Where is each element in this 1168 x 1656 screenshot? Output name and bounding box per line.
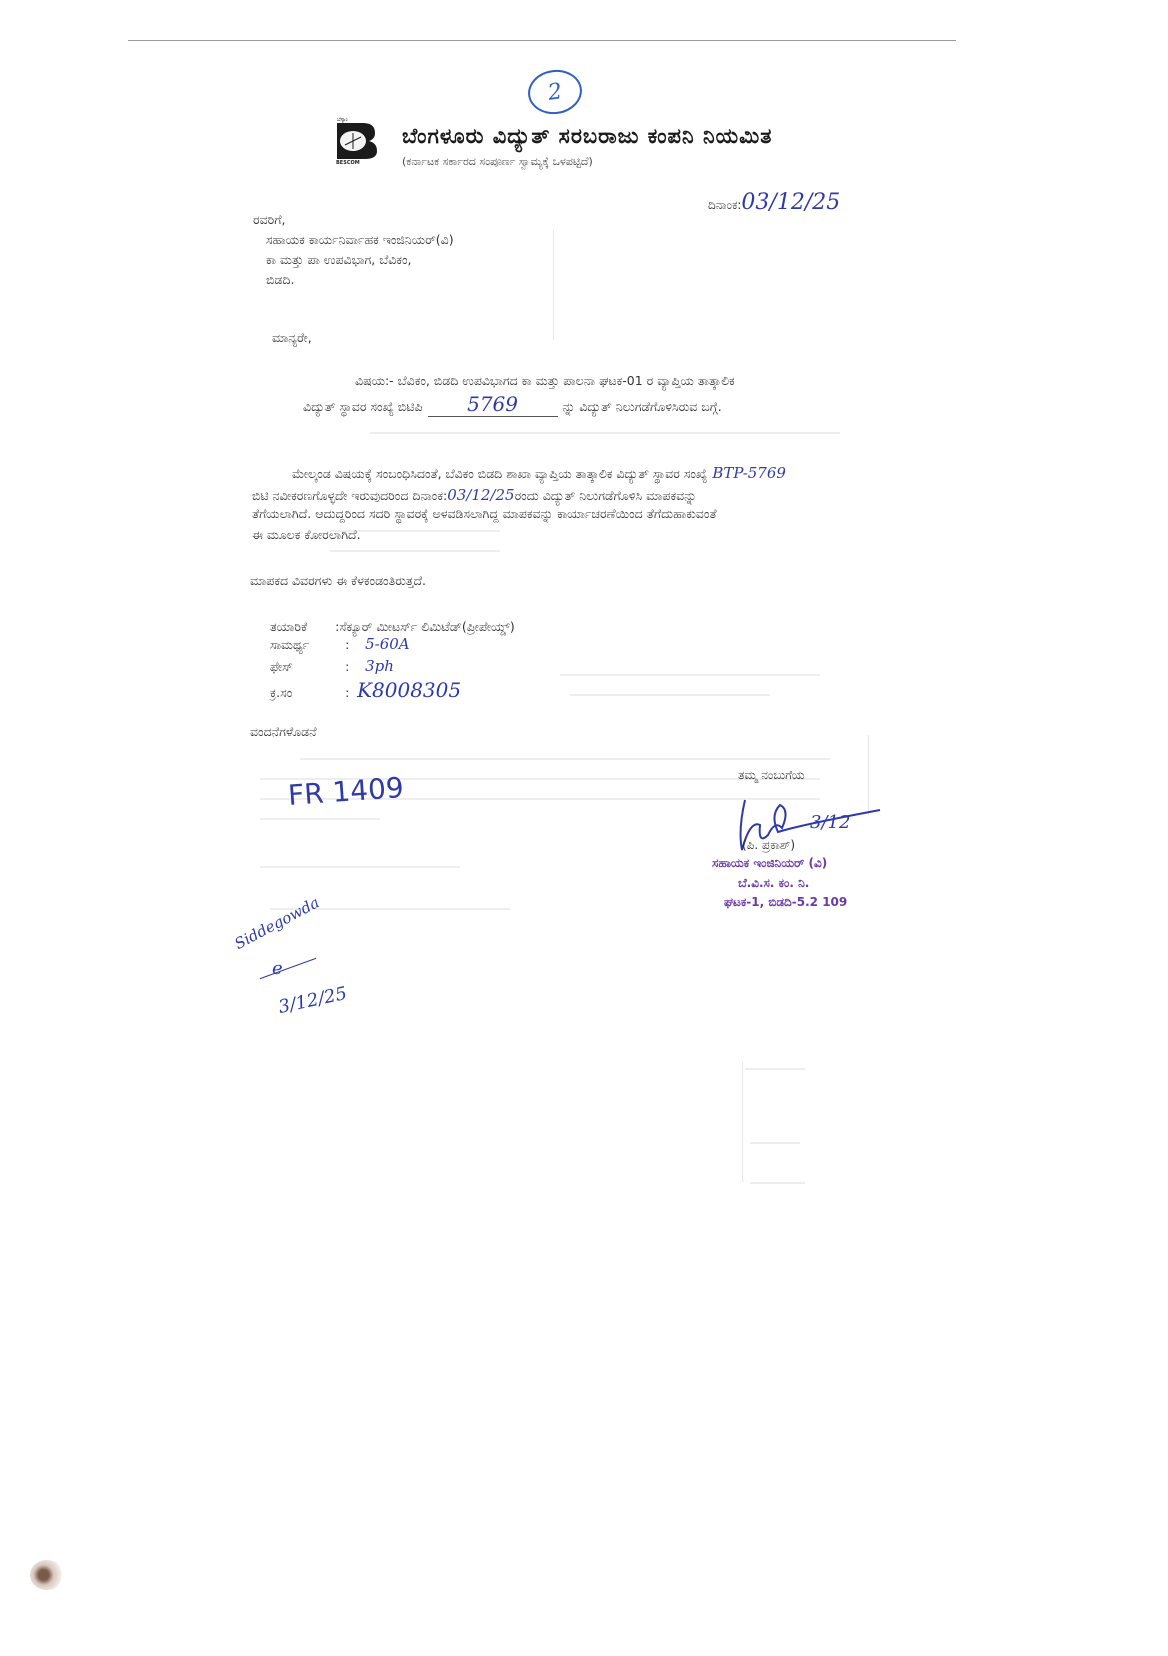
body-line-3: ತೆಗೆಯಲಾಗಿದೆ. ಆದುದ್ದರಿಂದ ಸದರಿ ಸ್ಥಾವರಕ್ಕೆ … [252,506,717,522]
body-line-4: ಈ ಮೂಲಕ ಕೋರಲಾಗಿದೆ. [252,527,361,543]
date-value-handwritten: 03/12/25 [741,190,840,215]
svg-text:ಬೆಸ್ಕಾಂ: ಬೆಸ್ಕಾಂ [337,117,348,123]
subject-line-2-suffix: ನ್ನು ವಿದ್ಯುತ್ ನಿಲುಗಡೆಗೊಳಿಸಿರುವ ಬಗ್ಗೆ. [563,399,722,414]
bleed-through-line [742,1062,743,1182]
recipient-line-3: ಬಿಡದಿ. [266,272,294,288]
meter-detail-row: ಕ್ರ.ಸಂ :K8008305 [270,678,461,702]
bleed-through-text [260,818,380,820]
scan-artifact-stain [30,1560,64,1590]
organization-subtitle: (ಕರ್ನಾಟಕ ಸರ್ಕಾರದ ಸಂಪೂರ್ಣ ಸ್ವಾಮ್ಯಕ್ಕೆ ಒಳಪ… [402,155,593,169]
subject-line-2: ವಿದ್ಯುತ್ ಸ್ಥಾವರ ಸಂಖ್ಯೆ ಬಿಟಿಪಿ 5769 ನ್ನು … [303,392,722,417]
meter-detail-label: ತಯಾರಿಕೆ [270,619,330,635]
installation-code-handwritten: BTP-5769 [712,464,786,482]
meter-detail-label: ಸಾಮರ್ಥ್ಯ [270,637,340,653]
meter-detail-row: ಫೇಸ್ :3ph [270,656,394,675]
date-line: ದಿನಾಂಕ:03/12/25 [708,190,840,215]
subject-line-1: ವಿಷಯ:- ಬೆವಿಕಂ, ಬಿಡದಿ ಉಪವಿಭಾಗದ ಕಾ ಮತ್ತು ಪ… [355,373,735,389]
body-line-2-suffix: ರಂದು ವಿದ್ಯುತ್ ನಿಲುಗಡೆಗೊಳಿಸಿ ಮಾಪಕವನ್ನು [515,488,697,503]
circled-page-number: 2 [525,66,585,117]
meter-detail-row: ತಯಾರಿಕೆ :ಸೆಕ್ಯೂರ್ ಮೀಟರ್ಸ್ ಲಿಮಿಟೆಡ್(ಪ್ರೀಪ… [270,616,515,635]
receiver-date-handwritten: 3/12/25 [277,983,349,1018]
body-line-1: ಮೇಲ್ಕಂಡ ವಿಷಯಕ್ಕೆ ಸಂಬಂಧಿಸಿದಂತೆ, ಬೆವಿಕಂ ಬಿ… [292,463,786,482]
bleed-through-text [750,1142,800,1144]
receiver-name-handwritten: Siddegowda [232,893,323,953]
body-line-2-prefix: ಬಿಟಿ ನವೀಕರಣಗೊಳ್ಳದೇ ಇರುವುದರಿಂದ ದಿನಾಂಕ: [252,488,447,503]
organization-name: ಬೆಂಗಳೂರು ವಿದ್ಯುತ್ ಸರಬರಾಜು ಕಂಪನಿ ನಿಯಮಿತ [402,124,772,149]
receiver-initial-handwritten: e [272,958,283,979]
bleed-through-text [560,674,820,676]
receiver-underline [260,958,317,979]
meter-details-intro: ಮಾಪಕದ ವಿವರಗಳು ಈ ಕೆಳಕಂಡಂತಿರುತ್ತದೆ. [250,573,426,589]
designation-stamp-line-1: ಸಹಾಯಕ ಇಂಜಿನಿಯರ್ (ವಿ) [712,856,827,871]
bleed-through-text [750,1182,805,1184]
yours-faithfully: ತಮ್ಮ ನಂಬುಗೆಯ [738,768,805,783]
recipient-to: ರವರಿಗೆ, [253,212,285,228]
body-line-2: ಬಿಟಿ ನವೀಕರಣಗೊಳ್ಳದೇ ಇರುವುದರಿಂದ ದಿನಾಂಕ:03/… [252,485,697,504]
signatory-name: (ಪಿ. ಪ್ರಕಾಶ್) [742,838,795,853]
meter-detail-value-handwritten: 5-60A [365,635,410,653]
bleed-through-line [553,230,554,340]
body-line-1-text: ಮೇಲ್ಕಂಡ ವಿಷಯಕ್ಕೆ ಸಂಬಂಧಿಸಿದಂತೆ, ಬೆವಿಕಂ ಬಿ… [292,466,707,481]
scan-edge-line [128,40,956,41]
bleed-through-text [745,1068,805,1070]
meter-detail-value: ಸೆಕ್ಯೂರ್ ಮೀಟರ್ಸ್ ಲಿಮಿಟೆಡ್(ಪ್ರೀಪೇಯ್ಡ್) [339,619,514,634]
designation-stamp-line-3: ಘಟಕ-1, ಬಿಡದಿ-5.2 109 [724,895,847,910]
bleed-through-text [570,694,770,696]
salutation: ಮಾನ್ಯರೇ, [272,330,312,346]
closing-greeting: ವಂದನೆಗಳೊಡನೆ [250,724,317,740]
bleed-through-text [330,550,500,552]
meter-detail-sep: : [345,685,357,700]
recipient-line-1: ಸಹಾಯಕ ಕಾರ್ಯನಿರ್ವಾಹಕ ಇಂಜಿನಿಯರ್(ವಿ) [266,232,454,248]
bescom-logo-icon: ಬೆಸ್ಕಾಂ BESCOM [333,115,379,165]
meter-detail-sep: : [345,637,365,652]
meter-detail-sep: : [345,659,365,674]
meter-detail-row: ಸಾಮರ್ಥ್ಯ :5-60A [270,634,410,653]
date-label: ದಿನಾಂಕ: [708,198,741,212]
bescom-logo: ಬೆಸ್ಕಾಂ BESCOM [333,115,379,165]
meter-detail-label: ಕ್ರ.ಸಂ [270,685,340,701]
bleed-through-text [300,758,830,760]
recipient-line-2: ಕಾ ಮತ್ತು ಪಾ ಉಪವಿಭಾಗ, ಬೆವಿಕಂ, [266,252,411,268]
signature-date-handwritten: 3/12 [810,812,850,833]
meter-serial-handwritten: K8008305 [357,678,461,702]
designation-stamp-line-2: ಬೆ.ವಿ.ಸ. ಕಂ. ನಿ. [738,876,809,891]
bleed-through-text [370,432,840,434]
meter-detail-value-handwritten: 3ph [365,657,394,675]
file-reference-handwritten: FR 1409 [287,771,405,812]
meter-detail-label: ಫೇಸ್ [270,659,340,675]
page-number-text: 2 [546,79,563,106]
disconnection-date-handwritten: 03/12/25 [447,486,514,504]
installation-number-handwritten: 5769 [428,392,558,417]
subject-line-2-prefix: ವಿದ್ಯುತ್ ಸ್ಥಾವರ ಸಂಖ್ಯೆ ಬಿಟಿಪಿ [303,399,422,414]
bleed-through-text [260,866,460,868]
svg-text:BESCOM: BESCOM [336,160,360,165]
